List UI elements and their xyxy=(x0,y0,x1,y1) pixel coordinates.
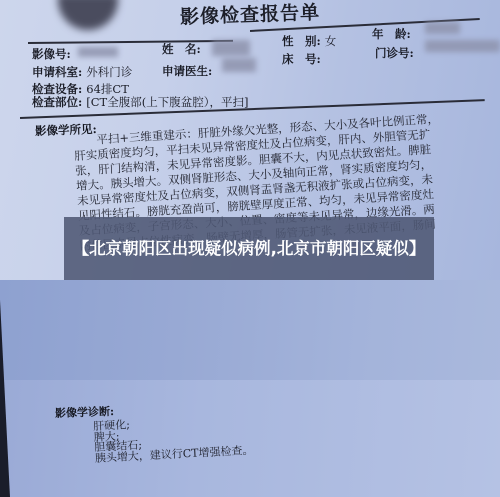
image-no-label: 影像号: xyxy=(32,47,71,61)
gender-field: 性 别: 女 xyxy=(282,33,336,49)
bed-field: 床 号: xyxy=(282,51,321,67)
gender-value: 女 xyxy=(325,34,337,48)
age-field: 年 龄: xyxy=(372,26,411,42)
name-field: 姓 名: xyxy=(162,41,201,57)
table-edge-shadow xyxy=(0,300,10,497)
diagnosis-text: 肝硬化; 脾大; 胆囊结石; 胰头增大，建议行CT增强检查。 xyxy=(93,414,254,464)
age-redacted xyxy=(425,22,460,34)
doctor-label: 申请医生: xyxy=(162,64,212,78)
report-title: 影像检查报告单 xyxy=(180,0,321,29)
exam-site-value: [CT全腹部(上下腹盆腔），平扫] xyxy=(86,95,248,109)
header-rule-left xyxy=(28,40,233,44)
department-field: 申请科室: 外科门诊 xyxy=(32,64,132,80)
department-value: 外科门诊 xyxy=(86,65,132,79)
exam-site-field: 检查部位: [CT全腹部(上下腹盆腔），平扫] xyxy=(32,94,248,110)
gender-label: 性 别: xyxy=(282,34,321,48)
hospital-logo-redacted xyxy=(58,0,118,30)
outpatient-no-redacted xyxy=(425,40,500,52)
report-photo: 影像检查报告单 影像号: 姓 名: 性 别: 女 年 龄: 申请科室: 外科门诊… xyxy=(0,0,500,497)
outpatient-no-label: 门诊号: xyxy=(375,46,414,60)
doctor-field: 申请医生: xyxy=(162,63,212,79)
image-no-field: 影像号: xyxy=(32,46,71,62)
name-label: 姓 名: xyxy=(162,42,201,56)
caption-overlay: 【北京朝阳区出现疑似病例,北京市朝阳区疑似】 xyxy=(64,217,434,280)
caption-text: 【北京朝阳区出现疑似病例,北京市朝阳区疑似】 xyxy=(67,237,432,261)
image-no-redacted xyxy=(78,47,118,57)
doctor-redacted xyxy=(222,58,256,72)
name-redacted xyxy=(212,40,250,56)
department-label: 申请科室: xyxy=(32,65,82,79)
age-label: 年 龄: xyxy=(372,27,411,41)
bed-label: 床 号: xyxy=(282,52,321,66)
outpatient-no-field: 门诊号: xyxy=(375,45,414,61)
exam-site-label: 检查部位: xyxy=(32,95,82,109)
